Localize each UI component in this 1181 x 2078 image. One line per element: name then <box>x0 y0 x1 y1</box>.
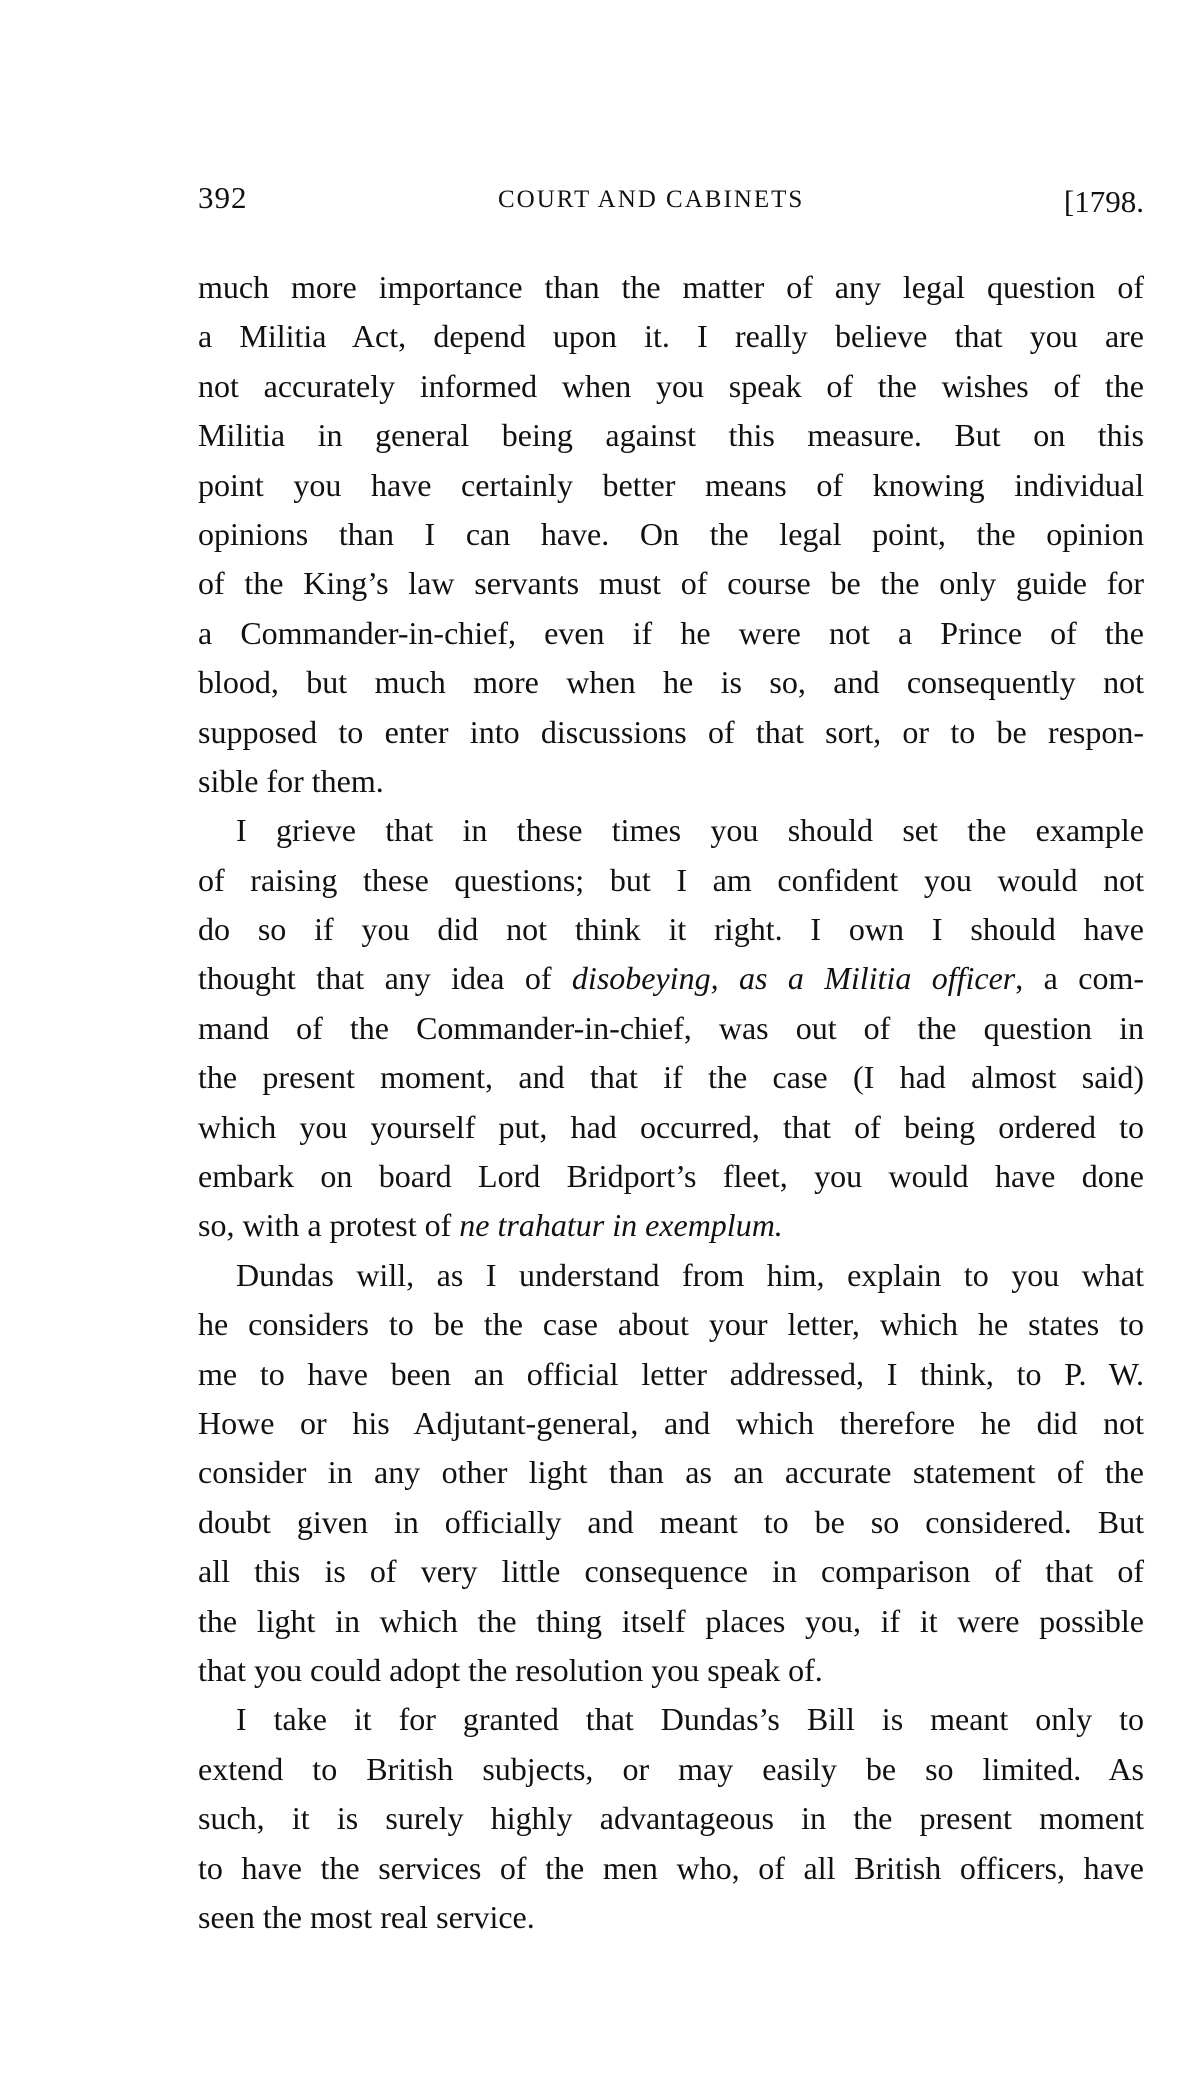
italic-phrase: disobeying, as a Militia officer <box>572 960 1015 996</box>
text-line: such, it is surely highly advantageous i… <box>198 1794 1144 1843</box>
text-line-paragraph-start: I take it for granted that Dundas’s Bill… <box>198 1695 1144 1744</box>
running-head-title: COURT AND CABINETS <box>498 186 804 214</box>
text-line: blood, but much more when he is so, and … <box>198 658 1144 707</box>
text-line: a Commander-in-chief, even if he were no… <box>198 609 1144 658</box>
text-line: doubt given in officially and meant to b… <box>198 1498 1144 1547</box>
text-line: consider in any other light than as an a… <box>198 1448 1144 1497</box>
italic-phrase: ne trahatur in exemplum. <box>459 1207 783 1243</box>
text-line: Militia in general being against this me… <box>198 411 1144 460</box>
text-line: of the King’s law servants must of cours… <box>198 559 1144 608</box>
text-line-paragraph-end: so, with a protest of ne trahatur in exe… <box>198 1201 1144 1250</box>
text-line: mand of the Commander-in-chief, was out … <box>198 1004 1144 1053</box>
text-line: me to have been an official letter addre… <box>198 1350 1144 1399</box>
text-line: a Militia Act, depend upon it. I really … <box>198 312 1144 361</box>
text-line: he considers to be the case about your l… <box>198 1300 1144 1349</box>
text-line: embark on board Lord Bridport’s fleet, y… <box>198 1152 1144 1201</box>
text-line: point you have certainly better means of… <box>198 461 1144 510</box>
text-line: opinions than I can have. On the legal p… <box>198 510 1144 559</box>
text-line: not accurately informed when you speak o… <box>198 362 1144 411</box>
running-head: 392 COURT AND CABINETS [1798. <box>198 180 1144 220</box>
text-line: the light in which the thing itself plac… <box>198 1597 1144 1646</box>
line-text-before: thought that any idea of <box>198 960 572 996</box>
text-line: extend to British subjects, or may easil… <box>198 1745 1144 1794</box>
body-text: much more importance than the matter of … <box>198 263 1144 1942</box>
text-line-paragraph-start: I grieve that in these times you should … <box>198 806 1144 855</box>
text-line: which you yourself put, had occurred, th… <box>198 1103 1144 1152</box>
text-line: supposed to enter into discussions of th… <box>198 708 1144 757</box>
running-head-year: [1798. <box>1064 184 1144 220</box>
text-line-with-italic: thought that any idea of disobeying, as … <box>198 954 1144 1003</box>
text-line: all this is of very little consequence i… <box>198 1547 1144 1596</box>
text-line: the present moment, and that if the case… <box>198 1053 1144 1102</box>
line-text-after: , a com- <box>1015 960 1144 996</box>
page-number: 392 <box>198 180 248 216</box>
text-line: much more importance than the matter of … <box>198 263 1144 312</box>
text-line: Howe or his Adjutant-general, and which … <box>198 1399 1144 1448</box>
text-line-paragraph-end: that you could adopt the resolution you … <box>198 1646 1144 1695</box>
text-line-paragraph-end: sible for them. <box>198 757 1144 806</box>
line-text-before: so, with a protest of <box>198 1207 459 1243</box>
text-line-paragraph-start: Dundas will, as I understand from him, e… <box>198 1251 1144 1300</box>
text-line: to have the services of the men who, of … <box>198 1844 1144 1893</box>
text-line-paragraph-end: seen the most real service. <box>198 1893 1144 1942</box>
text-line: do so if you did not think it right. I o… <box>198 905 1144 954</box>
text-line: of raising these questions; but I am con… <box>198 856 1144 905</box>
